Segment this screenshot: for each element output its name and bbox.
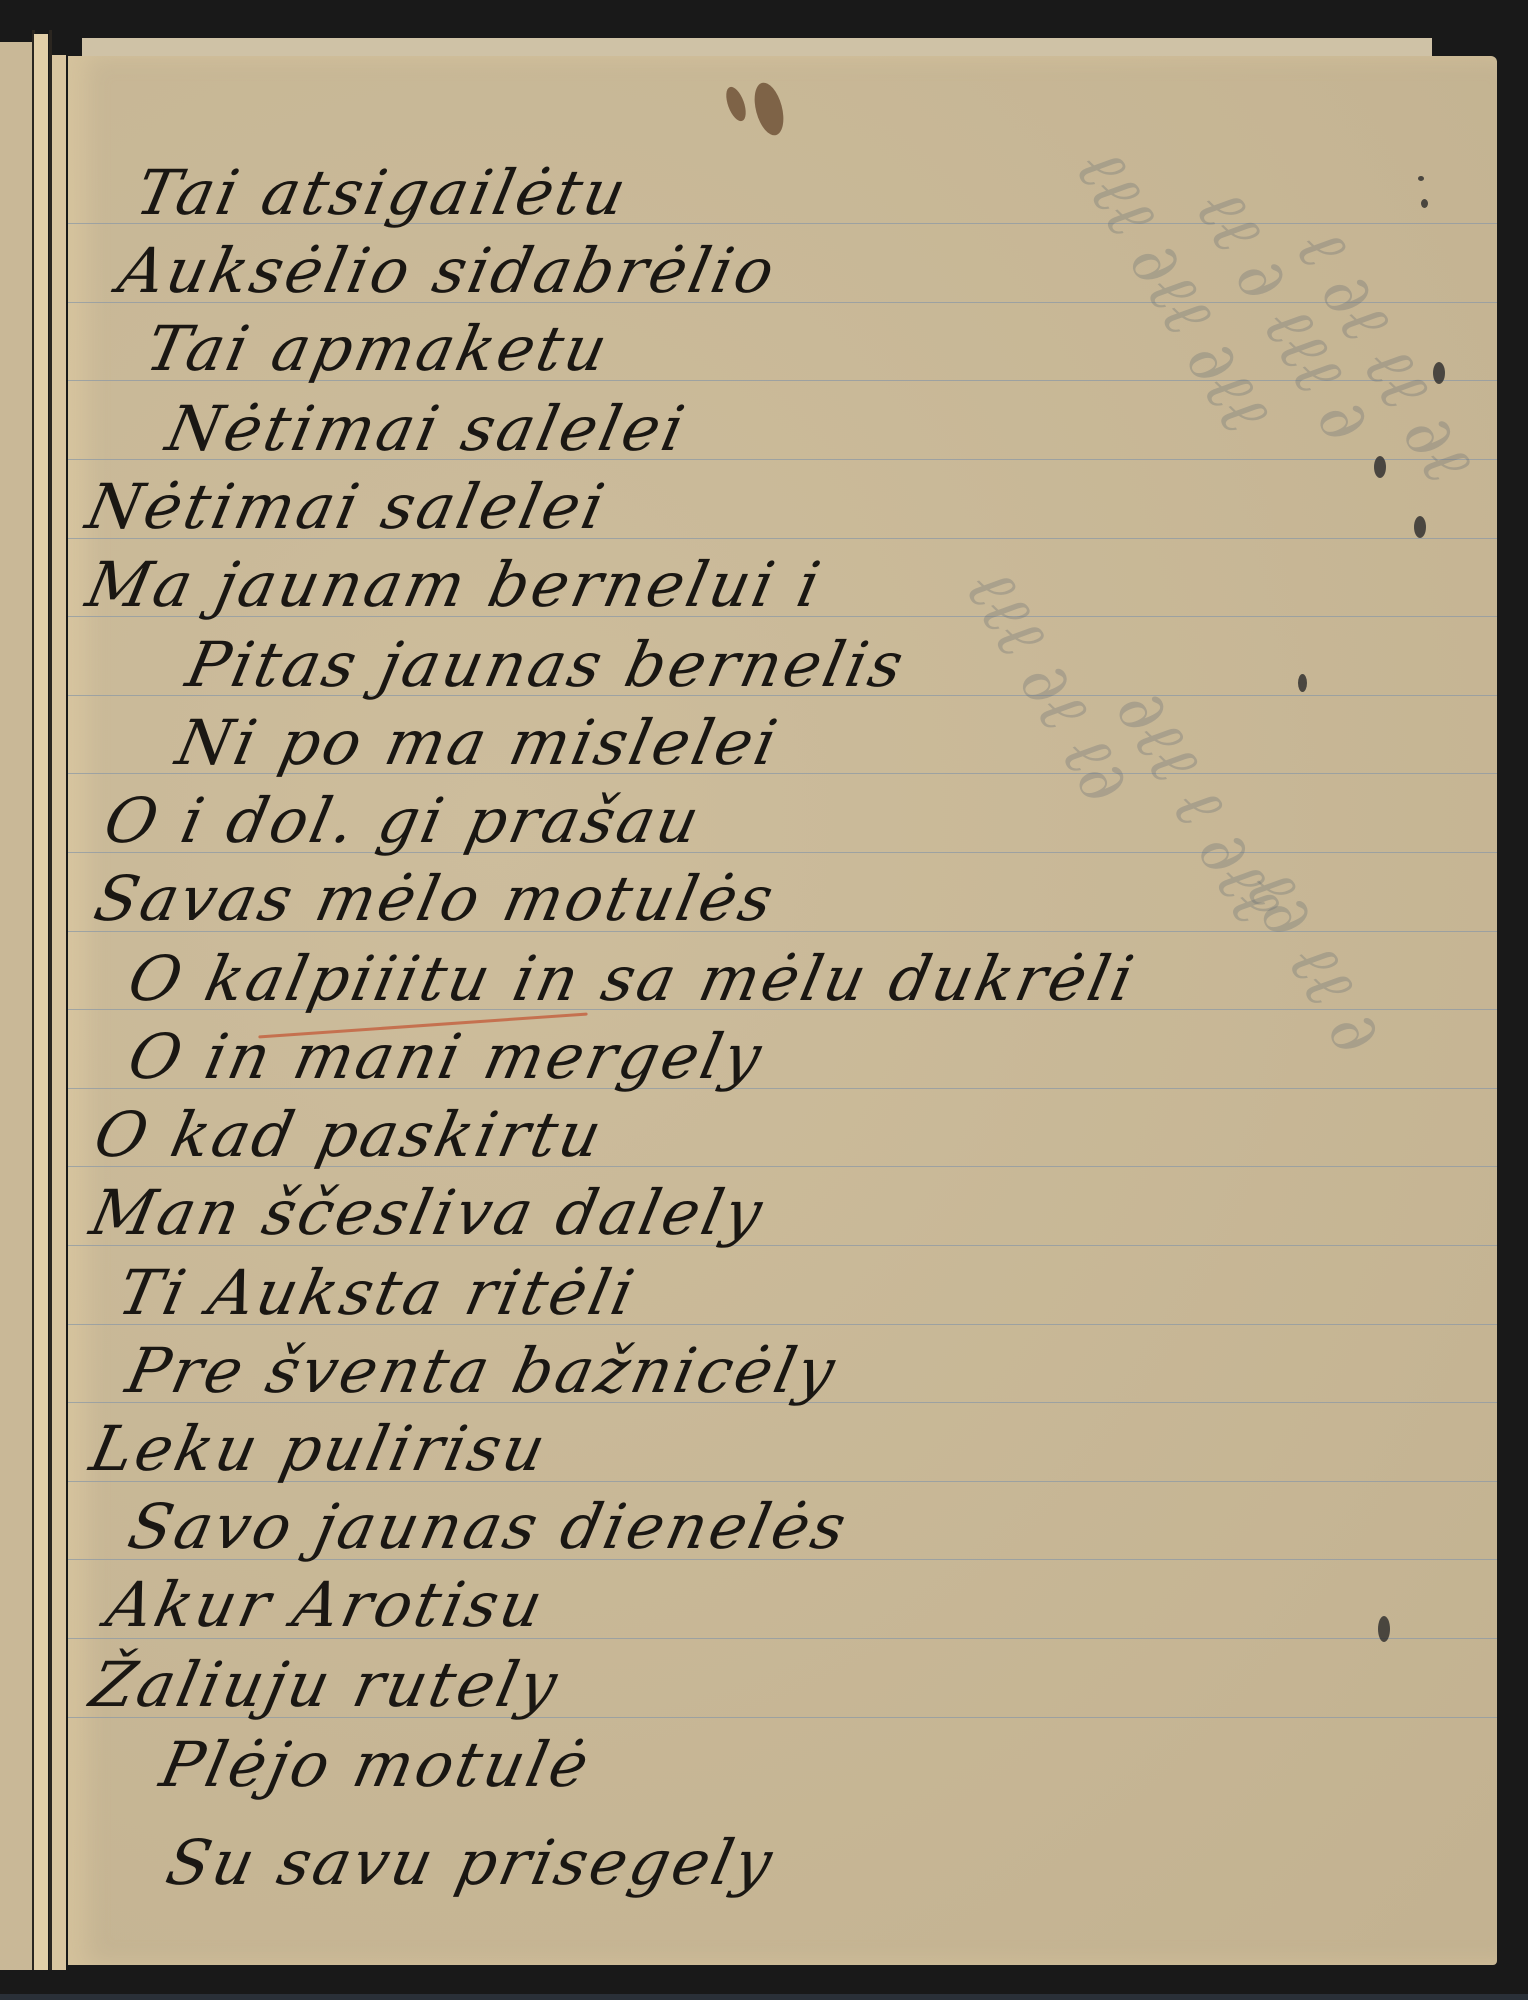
ink-stain	[749, 80, 788, 139]
manuscript-line: O kalpiiitu in sa mėlu dukrėli	[122, 942, 1142, 1015]
manuscript-line: Tai apmaketu	[140, 312, 616, 385]
manuscript-line: Ma jaunam bernelui i	[80, 548, 829, 621]
manuscript-line: O i dol. gi prašau	[98, 784, 708, 857]
ink-blot	[1421, 199, 1428, 208]
page-edge	[34, 34, 48, 1970]
manuscript-line: Nėtimai salelei	[80, 470, 613, 543]
manuscript-line: Pitas jaunas bernelis	[180, 628, 912, 701]
manuscript-line: Auksėlio sidabrėlio	[112, 234, 783, 307]
manuscript-line: Tai atsigailėtu	[130, 156, 635, 229]
ink-blot	[1378, 1616, 1390, 1642]
page-edge	[52, 55, 66, 1970]
ink-blot	[1374, 456, 1386, 478]
scan-bottom-border	[0, 1994, 1528, 2000]
bleed-through-text: ℓ∂ ℓℓ ∂	[1230, 856, 1398, 1067]
ink-blot	[1298, 674, 1307, 692]
ink-blot	[1433, 362, 1445, 384]
bleed-through-text: ℓℓℓ ∂ℓ ℓ∂	[950, 556, 1146, 816]
ink-blot	[1418, 176, 1424, 181]
manuscript-line: Akur Arotisu	[100, 1568, 551, 1641]
manuscript-line: Ti Auksta ritėli	[112, 1256, 643, 1329]
manuscript-line: Pre šventa bažnicėly	[120, 1334, 844, 1407]
manuscript-line: Man ščesliva dalely	[84, 1176, 771, 1249]
manuscript-line: Plėjo motulė	[154, 1728, 598, 1801]
manuscript-line: Nėtimai salelei	[160, 392, 693, 465]
manuscript-line: Savo jaunas dienelės	[122, 1490, 855, 1563]
manuscript-line: O in mani mergely	[122, 1020, 770, 1093]
ink-blot	[1414, 516, 1426, 538]
manuscript-line: Ni po ma mislelei	[170, 706, 786, 779]
manuscript-line: O kad paskirtu	[88, 1098, 610, 1171]
notebook-binding	[0, 0, 70, 1970]
manuscript-line: Su savu prisegely	[160, 1826, 781, 1899]
manuscript-line: Žaliuju rutely	[84, 1648, 566, 1721]
notebook-page: ℓℓℓ ∂ℓℓ ∂ℓℓ ℓℓ ∂ ℓℓℓ ∂ ℓ ∂ℓ ℓℓ ∂ℓ ℓℓℓ ∂ℓ…	[68, 56, 1497, 1965]
ink-stain	[722, 84, 749, 123]
manuscript-line: Savas mėlo motulės	[88, 862, 782, 935]
manuscript-line: Leku pulirisu	[84, 1412, 554, 1485]
previous-page-edge	[0, 42, 32, 1970]
